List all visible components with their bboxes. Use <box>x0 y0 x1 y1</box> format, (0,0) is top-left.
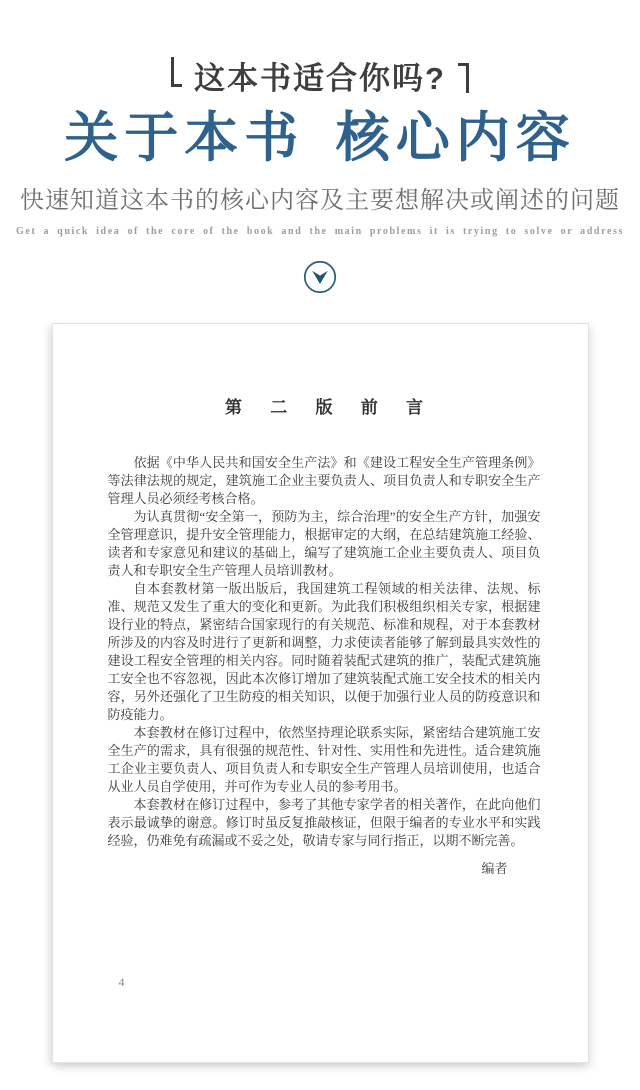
subtitle-english: Get a quick idea of the core of the book… <box>0 225 640 239</box>
preface-paragraph-4: 本套教材在修订过程中，依然坚持理论联系实际，紧密结合建筑施工安全生产的需求，具有… <box>108 724 541 796</box>
author-signature: 编者 <box>108 860 541 878</box>
article-image: 这本书适合你吗? 关于本书 核心内容 快速知道这本书的核心内容及主要想解决或阐述… <box>0 0 640 1090</box>
preface-paragraph-2: 为认真贯彻“安全第一，预防为主，综合治理”的安全生产方针，加强安全管理意识，提升… <box>108 508 541 580</box>
preface-paragraph-3: 自本套教材第一版出版后，我国建筑工程领域的相关法律、法规、标准、规范又发生了重大… <box>108 580 541 724</box>
preface-paragraph-5: 本套教材在修订过程中，参考了其他专家学者的相关著作，在此向他们表示最诚挚的谢意。… <box>108 796 541 850</box>
preface-page: 第 二 版 前 言 依据《中华人民共和国安全生产法》和《建设工程安全生产管理条例… <box>52 323 589 1063</box>
corner-bracket-left-icon <box>171 57 182 87</box>
corner-bracket-right-icon <box>458 63 469 93</box>
tagline-text: 这本书适合你吗? <box>194 53 446 98</box>
hero-header: 这本书适合你吗? 关于本书 核心内容 快速知道这本书的核心内容及主要想解决或阐述… <box>0 0 640 294</box>
tagline: 这本书适合你吗? <box>171 56 469 94</box>
page-number: 4 <box>119 975 125 990</box>
subtitle: 快速知道这本书的核心内容及主要想解决或阐述的问题 <box>0 186 640 216</box>
page-title: 关于本书 核心内容 <box>0 106 640 170</box>
preface-body: 依据《中华人民共和国安全生产法》和《建设工程安全生产管理条例》等法律法规的规定，… <box>108 454 541 850</box>
chevron-down-circle-icon <box>0 260 640 294</box>
preface-paragraph-1: 依据《中华人民共和国安全生产法》和《建设工程安全生产管理条例》等法律法规的规定，… <box>108 454 541 508</box>
preface-title: 第 二 版 前 言 <box>108 396 541 420</box>
